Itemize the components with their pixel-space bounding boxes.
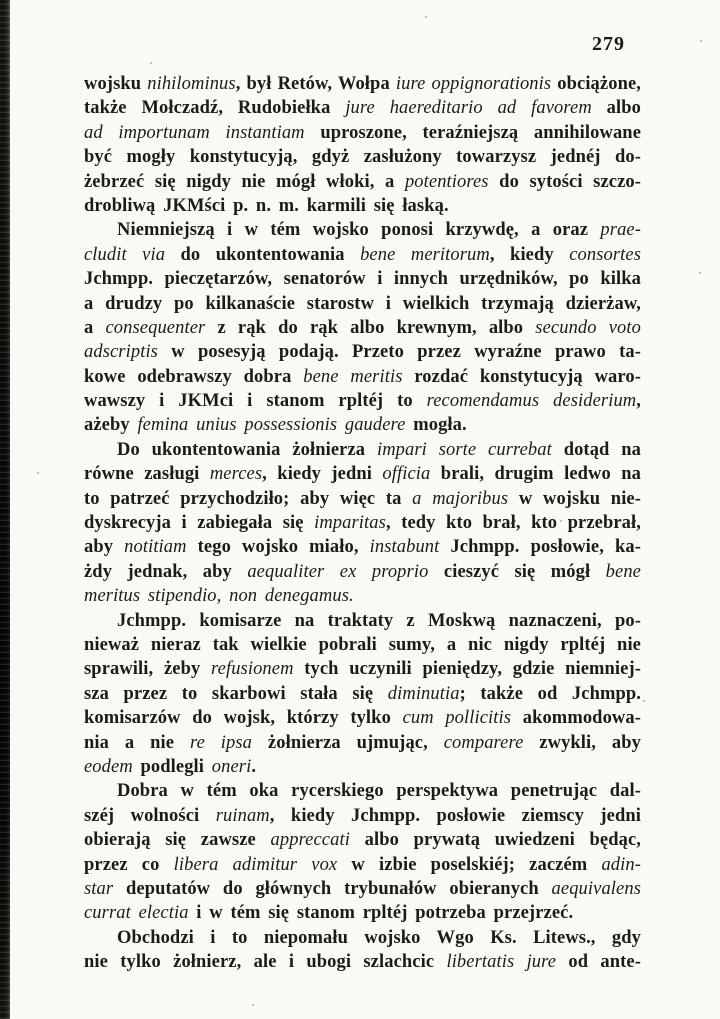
- body-text: brali, drugim ledwo na: [430, 464, 641, 484]
- body-text: drobliwą JKMści p. n. m. karmili się łas…: [84, 196, 449, 216]
- text-line: być mogły konstytucyją, gdyż zasłużony t…: [84, 145, 641, 169]
- latin-italic-text: consequenter: [105, 318, 205, 338]
- text-line: także Mołczadź, Rudobiełka jure haeredit…: [84, 96, 641, 120]
- text-line: ażeby femina unius possessionis gaudere …: [84, 413, 641, 437]
- latin-italic-text: impari sorte currebat: [377, 440, 552, 460]
- latin-italic-text: oneri: [212, 757, 252, 777]
- body-text: Jchmpp. pieczętarzów, senatorów i innych…: [84, 269, 641, 289]
- body-text: deputatów do głównych trybunałów obieran…: [113, 879, 551, 899]
- latin-italic-text: instabunt: [370, 537, 440, 557]
- text-line: sprawili, żeby refusionem tych uczynili …: [84, 657, 641, 681]
- latin-italic-text: cludit via: [84, 245, 165, 265]
- body-text: równe zasługi: [84, 464, 210, 484]
- body-text: obierają się zawsze: [84, 830, 271, 850]
- latin-italic-text: meritus stipendio, non denegamus.: [84, 586, 354, 606]
- text-line: nieważ nieraz tak wielkie pobrali sumy, …: [84, 633, 641, 657]
- body-text: dyskrecyja i zabiegała się: [84, 513, 314, 533]
- paragraph: Do ukontentowania żołnierza impari sorte…: [84, 438, 641, 609]
- paragraph: Jchmpp. komisarze na traktaty z Moskwą n…: [84, 609, 641, 780]
- body-text: rozdać konstytucyją waro-: [403, 367, 642, 387]
- latin-italic-text: imparitas: [314, 513, 386, 533]
- page-text-block: wojsku nihilominus, był Retów, Wołpa iur…: [84, 72, 641, 974]
- paragraph: Dobra w tém oka rycerskiego perspektywa …: [84, 779, 641, 925]
- latin-italic-text: adin-: [601, 855, 641, 875]
- text-line: równe zasługi merces, kiedy jedni offici…: [84, 462, 641, 486]
- latin-italic-text: secundo voto: [535, 318, 641, 338]
- body-text: żebrzeć się nigdy nie mógł włoki, a: [84, 172, 405, 192]
- text-line: przez co libera adimitur vox w izbie pos…: [84, 853, 641, 877]
- text-line: nie tylko żołnierz, ale i ubogi szlachci…: [84, 950, 641, 974]
- latin-italic-text: potentiores: [405, 172, 489, 192]
- body-text: także Mołczadź, Rudobiełka: [84, 98, 345, 118]
- latin-italic-text: notitiam: [124, 537, 186, 557]
- paragraph: Niemniejszą i w tém wojsko ponosi krzywd…: [84, 218, 641, 438]
- text-line: Dobra w tém oka rycerskiego perspektywa …: [84, 779, 641, 803]
- body-text: być mogły konstytucyją, gdyż zasłużony t…: [84, 147, 641, 167]
- body-text: nie tylko żołnierz, ale i ubogi szlachci…: [84, 952, 446, 972]
- body-text: akommodowa-: [511, 708, 641, 728]
- text-line: adscriptis w posesyją podają. Przeto prz…: [84, 340, 641, 364]
- text-line: Do ukontentowania żołnierza impari sorte…: [84, 438, 641, 462]
- body-text: .: [251, 757, 256, 777]
- body-text: , kiedy: [490, 245, 569, 265]
- scan-speck: [560, 520, 562, 522]
- text-line: sza przez to skarbowi stała się diminuti…: [84, 682, 641, 706]
- body-text: Jchmpp. posłowie, ka-: [439, 537, 641, 557]
- body-text: tego wojsko miało,: [187, 537, 370, 557]
- latin-italic-text: refusionem: [211, 659, 294, 679]
- text-line: cludit via do ukontentowania bene merito…: [84, 243, 641, 267]
- body-text: wojsku: [84, 74, 147, 94]
- text-line: a drudzy po kilkanaście starostw i wielk…: [84, 292, 641, 316]
- text-line: meritus stipendio, non denegamus.: [84, 584, 641, 608]
- scan-speck: [699, 272, 701, 274]
- text-line: obierają się zawsze appreccati albo pryw…: [84, 828, 641, 852]
- body-text: wawszy i JKMci i stanom rpltéj to: [84, 391, 427, 411]
- body-text: w izbie poselskiéj; zaczém: [337, 855, 601, 875]
- body-text: od ante-: [556, 952, 641, 972]
- text-line: kowe odebrawszy dobra bene meritis rozda…: [84, 365, 641, 389]
- body-text: mogła.: [405, 415, 466, 435]
- body-text: i w tém się stanom rpltéj potrzeba przej…: [189, 903, 574, 923]
- body-text: a drudzy po kilkanaście starostw i wielk…: [84, 294, 641, 314]
- body-text: żdy jednak, aby: [84, 562, 247, 582]
- scan-speck: [150, 62, 152, 64]
- text-line: drobliwą JKMści p. n. m. karmili się łas…: [84, 194, 641, 218]
- body-text: to patrzeć przychodziło; aby więc ta: [84, 489, 412, 509]
- body-text: Do ukontentowania żołnierza: [117, 440, 377, 460]
- body-text: komisarzów do wojsk, którzy tylko: [84, 708, 403, 728]
- latin-italic-text: bene: [606, 562, 641, 582]
- latin-italic-text: iure oppignorationis: [396, 74, 551, 94]
- text-line: star deputatów do głównych trybunałów ob…: [84, 877, 641, 901]
- body-text: tych uczynili pieniędzy, gdzie niemniej-: [294, 659, 641, 679]
- latin-italic-text: cum pollicitis: [403, 708, 512, 728]
- paragraph: wojsku nihilominus, był Retów, Wołpa iur…: [84, 72, 641, 218]
- text-line: a consequenter z rąk do rąk albo krewnym…: [84, 316, 641, 340]
- body-text: z rąk do rąk albo krewnym, albo: [205, 318, 535, 338]
- scanned-book-page: 279 wojsku nihilominus, był Retów, Wołpa…: [0, 0, 720, 1019]
- latin-italic-text: merces: [210, 464, 262, 484]
- text-line: eodem podlegli oneri.: [84, 755, 641, 779]
- latin-italic-text: recomendamus desiderium: [427, 391, 637, 411]
- text-line: nia a nie re ipsa żołnierza ujmując, com…: [84, 731, 641, 755]
- text-line: Obchodzi i to niepomału wojsko Wgo Ks. L…: [84, 926, 641, 950]
- latin-italic-text: diminutia: [388, 684, 460, 704]
- latin-italic-text: bene meritis: [303, 367, 402, 387]
- latin-italic-text: bene meritorum: [360, 245, 490, 265]
- text-line: to patrzeć przychodziło; aby więc ta a m…: [84, 487, 641, 511]
- latin-italic-text: libera adimitur vox: [174, 855, 338, 875]
- page-number: 279: [592, 33, 625, 56]
- body-text: ; także od Jchmpp.: [460, 684, 641, 704]
- latin-italic-text: appreccati: [271, 830, 350, 850]
- latin-italic-text: officia: [382, 464, 430, 484]
- latin-italic-text: comparere: [444, 733, 524, 753]
- body-text: w posesyją podają. Przeto przez wyraźne …: [158, 342, 641, 362]
- latin-italic-text: ad importunam instantiam: [84, 123, 305, 143]
- scan-speck: [37, 472, 39, 474]
- latin-italic-text: aequivalens: [552, 879, 641, 899]
- body-text: Niemniejszą i w tém wojsko ponosi krzywd…: [117, 220, 600, 240]
- body-text: nia a nie: [84, 733, 190, 753]
- body-text: zwykli, aby: [523, 733, 641, 753]
- body-text: aby: [84, 537, 124, 557]
- latin-italic-text: nihilominus: [147, 74, 235, 94]
- body-text: , był Retów, Wołpa: [236, 74, 396, 94]
- scan-speck: [700, 40, 702, 42]
- text-line: żebrzeć się nigdy nie mógł włoki, a pote…: [84, 170, 641, 194]
- body-text: sza przez to skarbowi stała się: [84, 684, 388, 704]
- body-text: obciążone,: [551, 74, 641, 94]
- latin-italic-text: currat electia: [84, 903, 189, 923]
- body-text: kowe odebrawszy dobra: [84, 367, 303, 387]
- scan-speck: [425, 16, 427, 18]
- latin-italic-text: jure haereditario ad favorem: [345, 98, 591, 118]
- body-text: a: [84, 318, 105, 338]
- text-line: wojsku nihilominus, był Retów, Wołpa iur…: [84, 72, 641, 96]
- body-text: do ukontentowania: [165, 245, 360, 265]
- body-text: cieszyć się mógł: [428, 562, 605, 582]
- body-text: széj wolności: [84, 806, 216, 826]
- latin-italic-text: libertatis jure: [446, 952, 556, 972]
- body-text: ,: [636, 391, 641, 411]
- body-text: ażeby: [84, 415, 137, 435]
- latin-italic-text: a majoribus: [412, 489, 508, 509]
- body-text: żołnierza ujmując,: [252, 733, 444, 753]
- text-line: komisarzów do wojsk, którzy tylko cum po…: [84, 706, 641, 730]
- body-text: dotąd na: [552, 440, 641, 460]
- latin-italic-text: consortes: [569, 245, 641, 265]
- text-line: dyskrecyja i zabiegała się imparitas, te…: [84, 511, 641, 535]
- body-text: , tedy kto brał, kto przebrał,: [386, 513, 641, 533]
- text-line: aby notitiam tego wojsko miało, instabun…: [84, 535, 641, 559]
- body-text: sprawili, żeby: [84, 659, 211, 679]
- body-text: do sytości szczo-: [489, 172, 641, 192]
- body-text: albo prywatą uwiedzeni będąc,: [350, 830, 641, 850]
- body-text: Obchodzi i to niepomału wojsko Wgo Ks. L…: [117, 928, 641, 948]
- text-line: żdy jednak, aby aequaliter ex proprio ci…: [84, 560, 641, 584]
- text-line: Niemniejszą i w tém wojsko ponosi krzywd…: [84, 218, 641, 242]
- text-line: Jchmpp. pieczętarzów, senatorów i innych…: [84, 267, 641, 291]
- paragraph: Obchodzi i to niepomału wojsko Wgo Ks. L…: [84, 926, 641, 975]
- body-text: w wojsku nie-: [508, 489, 641, 509]
- latin-italic-text: aequaliter ex proprio: [247, 562, 428, 582]
- latin-italic-text: eodem: [84, 757, 133, 777]
- body-text: albo: [592, 98, 641, 118]
- latin-italic-text: ruinam: [216, 806, 270, 826]
- body-text: przez co: [84, 855, 174, 875]
- body-text: Dobra w tém oka rycerskiego perspektywa …: [117, 781, 641, 801]
- text-line: currat electia i w tém się stanom rpltéj…: [84, 901, 641, 925]
- text-line: széj wolności ruinam, kiedy Jchmpp. posł…: [84, 804, 641, 828]
- scan-speck: [643, 700, 645, 702]
- text-line: wawszy i JKMci i stanom rpltéj to recome…: [84, 389, 641, 413]
- body-text: podlegli: [133, 757, 212, 777]
- text-line: ad importunam instantiam uproszone, tera…: [84, 121, 641, 145]
- text-line: Jchmpp. komisarze na traktaty z Moskwą n…: [84, 609, 641, 633]
- body-text: Jchmpp. komisarze na traktaty z Moskwą n…: [117, 611, 641, 631]
- latin-italic-text: prae-: [600, 220, 641, 240]
- latin-italic-text: re ipsa: [190, 733, 252, 753]
- scan-speck: [252, 1004, 254, 1006]
- book-binding-shadow: [0, 0, 10, 1019]
- latin-italic-text: femina unius possessionis gaudere: [137, 415, 405, 435]
- latin-italic-text: adscriptis: [84, 342, 158, 362]
- body-text: uproszone, teraźniejszą annihilowane: [305, 123, 641, 143]
- body-text: , kiedy Jchmpp. posłowie ziemscy jedni: [270, 806, 641, 826]
- latin-italic-text: star: [84, 879, 113, 899]
- body-text: nieważ nieraz tak wielkie pobrali sumy, …: [84, 635, 641, 655]
- body-text: , kiedy jedni: [262, 464, 382, 484]
